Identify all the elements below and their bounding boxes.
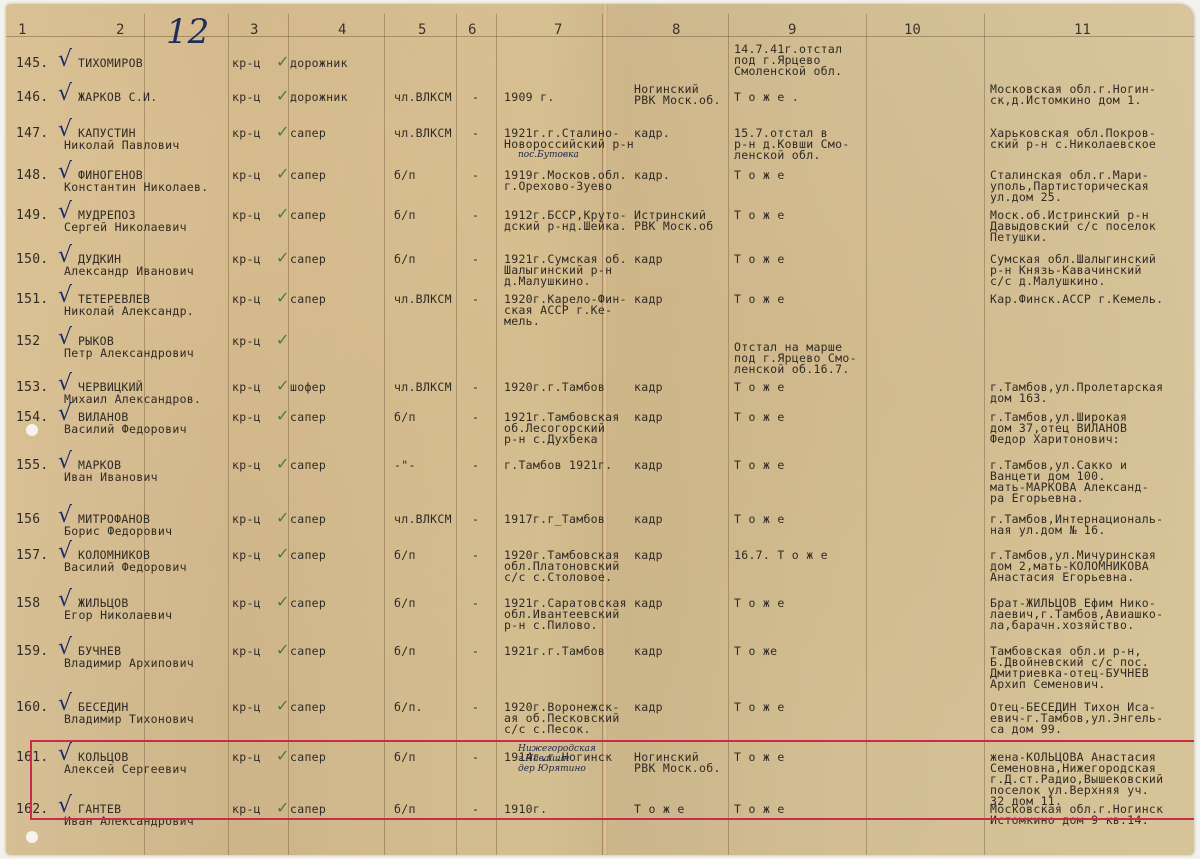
- party-membership: б/п: [394, 254, 416, 265]
- home-address: Сталинская обл.г.Мари- уполь,Партисторич…: [990, 170, 1149, 203]
- checkmark-icon: ✓: [276, 696, 289, 716]
- column-number: 6: [468, 22, 476, 38]
- checkmark-icon: ✓: [276, 86, 289, 106]
- checkmark-icon: √: [58, 374, 72, 394]
- rank: кр-ц: [232, 702, 261, 713]
- dash: -: [472, 128, 479, 139]
- rank: кр-ц: [232, 382, 261, 393]
- checkmark-icon: ✓: [276, 592, 289, 612]
- party-membership: б/п: [394, 170, 416, 181]
- checkmark-icon: ✓: [276, 122, 289, 142]
- party-membership: б/п: [394, 210, 416, 221]
- fate-status: Т о ж е: [734, 170, 785, 181]
- fate-status: 15.7.отстал в р-н д.Ковши Смо- ленской о…: [734, 128, 850, 161]
- checkmark-icon: ✓: [276, 508, 289, 528]
- record-number: 152: [16, 336, 40, 347]
- record-number: 150.: [16, 254, 49, 265]
- record-number: 159.: [16, 646, 49, 657]
- record-number: 154.: [16, 412, 49, 423]
- surname: ЖАРКОВ С.И.: [78, 92, 157, 103]
- dash: -: [472, 92, 479, 103]
- home-address: г.Тамбов,ул.Сакко и Ванцети дом 100. мат…: [990, 460, 1149, 504]
- home-address: Моск.об.Истринский р-н Давыдовский с/с п…: [990, 210, 1156, 243]
- surname: ТИХОМИРОВ: [78, 58, 143, 69]
- checkmark-icon: √: [58, 202, 72, 222]
- handwritten-annotation: пос.Бутовка: [518, 150, 579, 160]
- given-names: Борис Федорович: [64, 526, 172, 537]
- checkmark-icon: √: [58, 638, 72, 658]
- party-membership: чл.ВЛКСМ: [394, 128, 452, 139]
- column-rule: [228, 14, 229, 855]
- dash: -: [472, 210, 479, 221]
- highlighted-record-161: [30, 740, 1194, 820]
- dash: -: [472, 702, 479, 713]
- fate-status: Т о ж е .: [734, 92, 799, 103]
- birth-year-place: 1921г.Саратовская обл.Ивантеевский р-н с…: [504, 598, 627, 631]
- given-names: Константин Николаев.: [64, 182, 208, 193]
- birth-year-place: 1921г.Сумская об. Шалыгинский р-н д.Малу…: [504, 254, 627, 287]
- dash: -: [472, 550, 479, 561]
- column-number: 3: [250, 22, 258, 38]
- home-address: Отец-БЕСЕДИН Тихон Иса- евич-г.Тамбов,ул…: [990, 702, 1163, 735]
- checkmark-icon: √: [58, 590, 72, 610]
- given-names: Николай Александр.: [64, 306, 194, 317]
- column-number: 10: [904, 22, 921, 38]
- column-rule: [728, 14, 729, 855]
- conscription-office: кадр: [634, 702, 663, 713]
- home-address: г.Тамбов,ул.Широкая дом 37,отец ВИЛАНОВ …: [990, 412, 1127, 445]
- conscription-office: кадр: [634, 598, 663, 609]
- checkmark-icon: √: [58, 84, 72, 104]
- checkmark-icon: √: [58, 120, 72, 140]
- conscription-office: кадр: [634, 254, 663, 265]
- specialty: сапер: [290, 254, 326, 265]
- document-sheet: 1234567891011 12 145.ТИХОМИРОВкр-цдорожн…: [6, 4, 1194, 855]
- birth-year-place: г.Тамбов 1921г.: [504, 460, 612, 471]
- home-address: Брат-ЖИЛЬЦОВ Ефим Нико- лаевич,г.Тамбов,…: [990, 598, 1163, 631]
- record-number: 153.: [16, 382, 49, 393]
- fate-status: Т о ж е: [734, 702, 785, 713]
- record-number: 148.: [16, 170, 49, 181]
- record-number: 155.: [16, 460, 49, 471]
- fate-status: Т о ж е: [734, 254, 785, 265]
- specialty: сапер: [290, 412, 326, 423]
- rank: кр-ц: [232, 646, 261, 657]
- party-membership: б/п: [394, 598, 416, 609]
- dash: -: [472, 382, 479, 393]
- conscription-office: Ногинский РВК Моск.об.: [634, 84, 721, 106]
- record-number: 146.: [16, 92, 49, 103]
- specialty: сапер: [290, 550, 326, 561]
- rank: кр-ц: [232, 170, 261, 181]
- birth-year-place: 1920г.Карело-Фин- ская АССР г.Ке- мель.: [504, 294, 627, 327]
- rank: кр-ц: [232, 412, 261, 423]
- record-number: 145.: [16, 58, 49, 69]
- birth-year-place: 1909 г.: [504, 92, 555, 103]
- specialty: сапер: [290, 514, 326, 525]
- checkmark-icon: √: [58, 404, 72, 424]
- rank: кр-ц: [232, 58, 261, 69]
- home-address: г.Тамбов,ул.Мичуринская дом 2,мать-КОЛОМ…: [990, 550, 1156, 583]
- dash: -: [472, 254, 479, 265]
- specialty: сапер: [290, 598, 326, 609]
- specialty: дорожник: [290, 92, 348, 103]
- checkmark-icon: ✓: [276, 406, 289, 426]
- record-number: 158: [16, 598, 40, 609]
- specialty: шофер: [290, 382, 326, 393]
- specialty: дорожник: [290, 58, 348, 69]
- home-address: г.Тамбов,Интернациональ- ная ул.дом № 16…: [990, 514, 1163, 536]
- fate-status: 16.7. Т о ж е: [734, 550, 828, 561]
- specialty: сапер: [290, 460, 326, 471]
- conscription-office: кадр: [634, 646, 663, 657]
- rank: кр-ц: [232, 598, 261, 609]
- conscription-office: кадр: [634, 460, 663, 471]
- given-names: Владимир Архипович: [64, 658, 194, 669]
- dash: -: [472, 460, 479, 471]
- column-rule: [984, 14, 985, 855]
- checkmark-icon: √: [58, 452, 72, 472]
- checkmark-icon: ✓: [276, 204, 289, 224]
- party-membership: -"-: [394, 460, 416, 471]
- rank: кр-ц: [232, 128, 261, 139]
- handwritten-page-mark: 12: [166, 12, 209, 52]
- checkmark-icon: √: [58, 328, 72, 348]
- rank: кр-ц: [232, 514, 261, 525]
- dash: -: [472, 514, 479, 525]
- column-rule: [384, 14, 385, 855]
- column-number: 11: [1074, 22, 1091, 38]
- column-rule: [496, 14, 497, 855]
- column-number: 8: [672, 22, 680, 38]
- fate-status: Т о ж е: [734, 514, 785, 525]
- checkmark-icon: √: [58, 542, 72, 562]
- given-names: Василий Федорович: [64, 424, 187, 435]
- checkmark-icon: ✓: [276, 376, 289, 396]
- party-membership: б/п.: [394, 702, 423, 713]
- checkmark-icon: ✓: [276, 248, 289, 268]
- record-number: 149.: [16, 210, 49, 221]
- given-names: Александр Иванович: [64, 266, 194, 277]
- rank: кр-ц: [232, 336, 261, 347]
- checkmark-icon: √: [58, 694, 72, 714]
- column-number: 1: [18, 22, 26, 38]
- checkmark-icon: ✓: [276, 544, 289, 564]
- conscription-office: кадр: [634, 382, 663, 393]
- checkmark-icon: ✓: [276, 164, 289, 184]
- checkmark-icon: ✓: [276, 52, 289, 72]
- home-address: г.Тамбов,ул.Пролетарская дом 163.: [990, 382, 1163, 404]
- home-address: Кар.Финск.АССР г.Кемель.: [990, 294, 1163, 305]
- column-rule: [456, 14, 457, 855]
- fate-status: 14.7.41г.отстал под г.Ярцево Смоленской …: [734, 44, 842, 77]
- dash: -: [472, 170, 479, 181]
- specialty: сапер: [290, 170, 326, 181]
- home-address: Харьковская обл.Покров- ский р-н с.Никол…: [990, 128, 1156, 150]
- checkmark-icon: ✓: [276, 454, 289, 474]
- rank: кр-ц: [232, 550, 261, 561]
- home-address: Тамбовская обл.и р-н, Б.Двойневский с/с …: [990, 646, 1149, 690]
- fate-status: Т о ж е: [734, 382, 785, 393]
- punch-hole: [26, 424, 38, 436]
- party-membership: б/п: [394, 646, 416, 657]
- checkmark-icon: √: [58, 50, 72, 70]
- dash: -: [472, 598, 479, 609]
- given-names: Николай Павлович: [64, 140, 180, 151]
- given-names: Сергей Николаевич: [64, 222, 187, 233]
- birth-year-place: 1920г.г.Тамбов: [504, 382, 605, 393]
- given-names: Василий Федорович: [64, 562, 187, 573]
- birth-year-place: 1920г.Воронежск- ая об.Песковский с/с с.…: [504, 702, 620, 735]
- fate-status: Т о ж е: [734, 598, 785, 609]
- conscription-office: кадр: [634, 412, 663, 423]
- checkmark-icon: ✓: [276, 288, 289, 308]
- given-names: Петр Александрович: [64, 348, 194, 359]
- rank: кр-ц: [232, 254, 261, 265]
- column-number: 4: [338, 22, 346, 38]
- rank: кр-ц: [232, 294, 261, 305]
- given-names: Михаил Александров.: [64, 394, 201, 405]
- rank: кр-ц: [232, 92, 261, 103]
- column-number: 5: [418, 22, 426, 38]
- given-names: Владимир Тихонович: [64, 714, 194, 725]
- conscription-office: кадр: [634, 550, 663, 561]
- birth-year-place: 1912г.БССР,Круто- дский р-нд.Шейка.: [504, 210, 627, 232]
- birth-year-place: 1921г.г.Тамбов: [504, 646, 605, 657]
- fate-status: Т о ж е: [734, 412, 785, 423]
- home-address: Сумская обл.Шалыгинский р-н Князь-Кавачи…: [990, 254, 1156, 287]
- record-number: 147.: [16, 128, 49, 139]
- column-number: 9: [788, 22, 796, 38]
- dash: -: [472, 294, 479, 305]
- rank: кр-ц: [232, 210, 261, 221]
- given-names: Егор Николаевич: [64, 610, 172, 621]
- birth-year-place: 1921г.Тамбовская об.Лесогорский р-н с.Ду…: [504, 412, 620, 445]
- column-rule: [866, 14, 867, 855]
- party-membership: чл.ВЛКСМ: [394, 294, 452, 305]
- dash: -: [472, 412, 479, 423]
- specialty: сапер: [290, 128, 326, 139]
- fate-status: Т о ж е: [734, 210, 785, 221]
- party-membership: чл.ВЛКСМ: [394, 382, 452, 393]
- party-membership: чл.ВЛКСМ: [394, 514, 452, 525]
- home-address: Московская обл.г.Ногин- ск,д.Истомкино д…: [990, 84, 1156, 106]
- rank: кр-ц: [232, 460, 261, 471]
- birth-year-place: 1917г.г_Тамбов: [504, 514, 605, 525]
- specialty: сапер: [290, 646, 326, 657]
- specialty: сапер: [290, 210, 326, 221]
- party-membership: б/п: [394, 412, 416, 423]
- conscription-office: кадр: [634, 294, 663, 305]
- conscription-office: Истринский РВК Моск.об: [634, 210, 713, 232]
- conscription-office: кадр: [634, 514, 663, 525]
- checkmark-icon: √: [58, 246, 72, 266]
- party-membership: чл.ВЛКСМ: [394, 92, 452, 103]
- checkmark-icon: √: [58, 286, 72, 306]
- specialty: сапер: [290, 294, 326, 305]
- fate-status: Т о ж е: [734, 294, 785, 305]
- record-number: 160.: [16, 702, 49, 713]
- record-number: 151.: [16, 294, 49, 305]
- checkmark-icon: ✓: [276, 330, 289, 350]
- dash: -: [472, 646, 479, 657]
- fate-status: Т о ж е: [734, 460, 785, 471]
- fate-status: Т о же: [734, 646, 777, 657]
- column-number: 7: [554, 22, 562, 38]
- punch-hole: [26, 831, 38, 843]
- conscription-office: кадр.: [634, 128, 670, 139]
- fate-status: Отстал на марше под г.Ярцево Смо- ленско…: [734, 342, 857, 375]
- birth-year-place: 1920г.Тамбовская обл.Платоновский с/с с.…: [504, 550, 620, 583]
- record-number: 157.: [16, 550, 49, 561]
- conscription-office: кадр.: [634, 170, 670, 181]
- party-membership: б/п: [394, 550, 416, 561]
- checkmark-icon: ✓: [276, 640, 289, 660]
- record-number: 156: [16, 514, 40, 525]
- given-names: Иван Иванович: [64, 472, 158, 483]
- column-number: 2: [116, 22, 124, 38]
- specialty: сапер: [290, 702, 326, 713]
- checkmark-icon: √: [58, 162, 72, 182]
- birth-year-place: 1921г.г.Сталино- Новороссийский р-н: [504, 128, 634, 150]
- birth-year-place: 1919г.Москов.обл. г.Орехово-Зуево: [504, 170, 627, 192]
- checkmark-icon: √: [58, 506, 72, 526]
